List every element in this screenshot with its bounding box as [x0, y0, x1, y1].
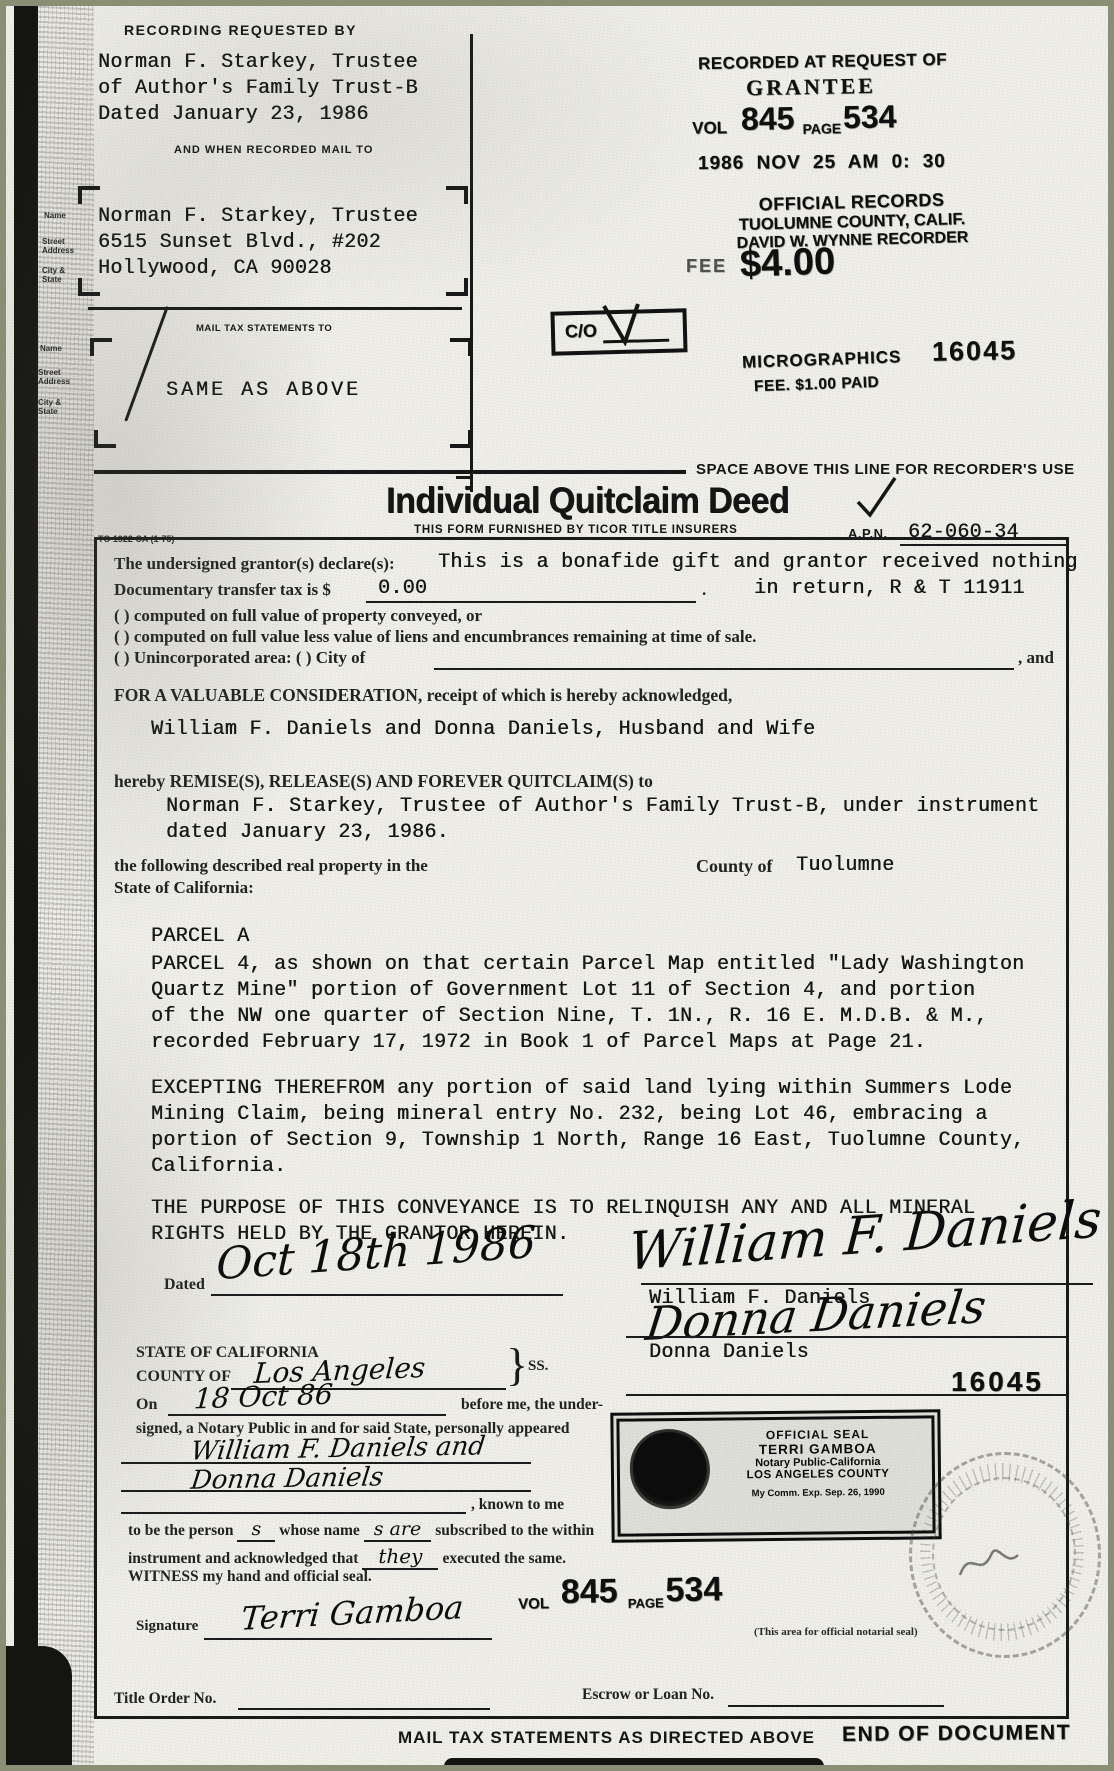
end-of-document-stamp: END OF DOCUMENT — [842, 1721, 1071, 1747]
grantor2-typed-name: Donna Daniels — [649, 1340, 809, 1366]
address-window-bracket — [90, 338, 112, 356]
requestor-line: Dated January 23, 1986 — [98, 102, 369, 128]
county-value: Tuolumne — [796, 853, 894, 879]
micrographics-fee-stamp: FEE. $1.00 PAID — [754, 374, 880, 396]
vol-label: VOL — [518, 1595, 549, 1613]
requestor-line: Norman F. Starkey, Trustee — [98, 50, 418, 76]
seal-emblem — [630, 1429, 711, 1510]
scan-corner-blob — [6, 1646, 72, 1771]
transfer-tax-underline — [366, 601, 696, 603]
address-window-bracket — [78, 186, 100, 204]
notary-signature-underline — [204, 1638, 492, 1640]
person-clause-a: to be the person — [128, 1522, 233, 1539]
column-divider-line — [470, 34, 473, 492]
remise-clause: hereby REMISE(S), RELEASE(S) AND FOREVER… — [114, 771, 653, 792]
grantee-stamp: GRANTEE — [746, 73, 876, 101]
notary-date-handwritten: 18 Oct 86 — [193, 1378, 334, 1416]
checkbox-line-1: ( ) computed on full value of property c… — [114, 606, 482, 626]
vol-label: VOL — [692, 118, 727, 139]
mail-to-line: Hollywood, CA 90028 — [98, 256, 332, 282]
city-of-underline — [434, 668, 1014, 670]
fee-label-stamp: FEE — [686, 256, 727, 277]
acknowledged-a: instrument and acknowledged that — [128, 1550, 358, 1567]
excepting-line: portion of Section 9, Township 1 North, … — [151, 1128, 1024, 1154]
person-clause-b: whose name — [279, 1522, 360, 1539]
parcel-line: recorded February 17, 1972 in Book 1 of … — [151, 1030, 926, 1056]
scan-bottom-bar — [444, 1758, 824, 1771]
vol-page-stamp: VOL 845 PAGE 534 — [692, 98, 897, 139]
escrow-label: Escrow or Loan No. — [582, 1686, 714, 1704]
seal-text-block: OFFICIAL SEAL TERRI GAMBOA Notary Public… — [716, 1426, 921, 1499]
margin-label-city: City & State — [42, 266, 82, 284]
transfer-tax-label: Documentary transfer tax is $ — [114, 580, 331, 600]
escrow-underline — [728, 1705, 944, 1707]
deed-subtitle: THIS FORM FURNISHED BY TICOR TITLE INSUR… — [414, 524, 738, 536]
page-label: PAGE — [628, 1595, 664, 1611]
page-label: PAGE — [802, 120, 841, 137]
person-clause-c: subscribed to the within — [435, 1522, 594, 1539]
excepting-line: Mining Claim, being mineral entry No. 23… — [151, 1102, 988, 1128]
known-underline — [121, 1512, 466, 1514]
seal-line: LOS ANGELES COUNTY — [716, 1467, 920, 1481]
title-order-underline — [238, 1708, 490, 1710]
notary-date-underline — [168, 1414, 446, 1416]
section-divider-line — [88, 307, 462, 310]
person-clause-row: to be the person s whose name s are subs… — [128, 1518, 594, 1540]
address-window-bracket — [446, 278, 468, 296]
consideration-clause: FOR A VALUABLE CONSIDERATION, receipt of… — [114, 685, 732, 706]
recorded-datetime-stamp: 1986 NOV 25 AM 0: 30 — [698, 151, 946, 175]
declaration-intro-typed: This is a bonafide gift and grantor rece… — [438, 550, 1078, 576]
requestor-line: of Author's Family Trust-B — [98, 76, 418, 102]
person-s-are-handwritten: s are — [364, 1518, 431, 1542]
mail-tax-label: MAIL TAX STATEMENTS TO — [196, 323, 332, 334]
person-s-handwritten: s — [237, 1518, 275, 1542]
seal-handwriting-mark — [954, 1541, 1024, 1585]
page-number: 534 — [665, 1570, 722, 1610]
official-seal-box: OFFICIAL SEAL TERRI GAMBOA Notary Public… — [610, 1409, 941, 1542]
address-window-bracket — [446, 186, 468, 204]
margin-label-city: City & State — [38, 398, 78, 416]
column-divider-foot — [456, 476, 470, 479]
page-number: 534 — [843, 98, 897, 136]
mail-to-label: AND WHEN RECORDED MAIL TO — [174, 144, 373, 156]
excepting-line: California. — [151, 1154, 286, 1180]
parcel-heading: PARCEL A — [151, 924, 249, 950]
fee-amount-stamp: $4.00 — [739, 240, 836, 286]
they-handwritten: they — [362, 1544, 438, 1570]
title-order-label: Title Order No. — [114, 1690, 216, 1708]
margin-label-name: Name — [44, 211, 66, 220]
property-intro: the following described real property in… — [114, 856, 428, 876]
parcel-line: Quartz Mine" portion of Government Lot 1… — [151, 978, 975, 1004]
document-number-stamp-2: 16045 — [951, 1366, 1044, 1398]
checkbox-line-3-suffix: , and — [1018, 648, 1054, 668]
scan-edge-band — [14, 6, 38, 1765]
ss-label: SS. — [528, 1358, 548, 1375]
parcel-line: PARCEL 4, as shown on that certain Parce… — [151, 952, 1024, 978]
address-window-bracket — [450, 430, 472, 448]
handwritten-check-slash — [124, 306, 169, 422]
dated-underline — [211, 1294, 563, 1296]
checkbox-line-2: ( ) computed on full value less value of… — [114, 627, 756, 647]
parcel-line: of the NW one quarter of Section Nine, T… — [151, 1004, 988, 1030]
transfer-tax-typed: in return, R & T 11911 — [754, 576, 1025, 602]
document-number-stamp: 16045 — [932, 335, 1018, 367]
recorded-at-stamp: RECORDED AT REQUEST OF — [698, 50, 947, 74]
witness-line: WITNESS my hand and official seal. — [128, 1568, 372, 1586]
acknowledged-row: instrument and acknowledged that they ex… — [128, 1544, 566, 1568]
notary-signature-label: Signature — [136, 1618, 198, 1635]
declaration-intro-label: The undersigned grantor(s) declare(s): — [114, 554, 395, 574]
vol-number: 845 — [741, 100, 795, 138]
co-label: C/O — [565, 321, 598, 343]
notarial-seal-note: (This area for official notarial seal) — [754, 1626, 918, 1638]
acknowledged-b: executed the same. — [442, 1550, 566, 1567]
scanned-quitclaim-deed: RECORDING REQUESTED BY Norman F. Starkey… — [0, 0, 1114, 1771]
vol-page-stamp-bottom: VOL 845 PAGE 534 — [518, 1570, 723, 1613]
notary-embossed-seal — [909, 1452, 1101, 1658]
address-window-bracket — [94, 430, 116, 448]
same-as-above: SAME AS ABOVE — [166, 378, 361, 404]
grantors-typed: William F. Daniels and Donna Daniels, Hu… — [151, 717, 815, 743]
recorders-use-line — [94, 470, 686, 474]
apn-checkmark — [854, 474, 898, 520]
state-line: State of California: — [114, 878, 254, 898]
transfer-tax-period: . — [702, 580, 706, 600]
margin-label-name: Name — [40, 344, 62, 353]
seal-line: My Comm. Exp. Sep. 26, 1990 — [716, 1486, 920, 1499]
grantee-typed-line: dated January 23, 1986. — [166, 820, 449, 846]
county-label: County of — [696, 856, 773, 877]
micrographics-stamp: MICROGRAPHICS — [742, 347, 902, 373]
mail-to-line: Norman F. Starkey, Trustee — [98, 204, 418, 230]
deed-title: Individual Quitclaim Deed — [386, 481, 789, 522]
address-window-bracket — [450, 338, 472, 356]
margin-label-street: Street Address — [38, 368, 80, 386]
recording-requested-label: RECORDING REQUESTED BY — [124, 22, 357, 38]
excepting-line: EXCEPTING THEREFROM any portion of said … — [151, 1076, 1012, 1102]
checkbox-line-3: ( ) Unincorporated area: ( ) City of — [114, 648, 365, 668]
margin-label-street: Street Address — [42, 237, 84, 255]
ss-brace: } — [506, 1338, 528, 1391]
transfer-tax-value: 0.00 — [378, 576, 427, 602]
appeared-underline-2 — [121, 1490, 531, 1492]
mail-tax-directed-label: MAIL TAX STATEMENTS AS DIRECTED ABOVE — [398, 1728, 815, 1748]
signature2-underline — [626, 1336, 1066, 1338]
notary-before-text: before me, the under- — [461, 1396, 603, 1414]
vol-number: 845 — [561, 1572, 618, 1612]
mail-to-line: 6515 Sunset Blvd., #202 — [98, 230, 381, 256]
grantee-typed-line: Norman F. Starkey, Trustee of Author's F… — [166, 794, 1039, 820]
notary-on-label: On — [136, 1396, 157, 1414]
known-to-me-text: , known to me — [471, 1496, 564, 1514]
dated-label: Dated — [164, 1276, 205, 1294]
co-checkmark — [600, 300, 652, 346]
